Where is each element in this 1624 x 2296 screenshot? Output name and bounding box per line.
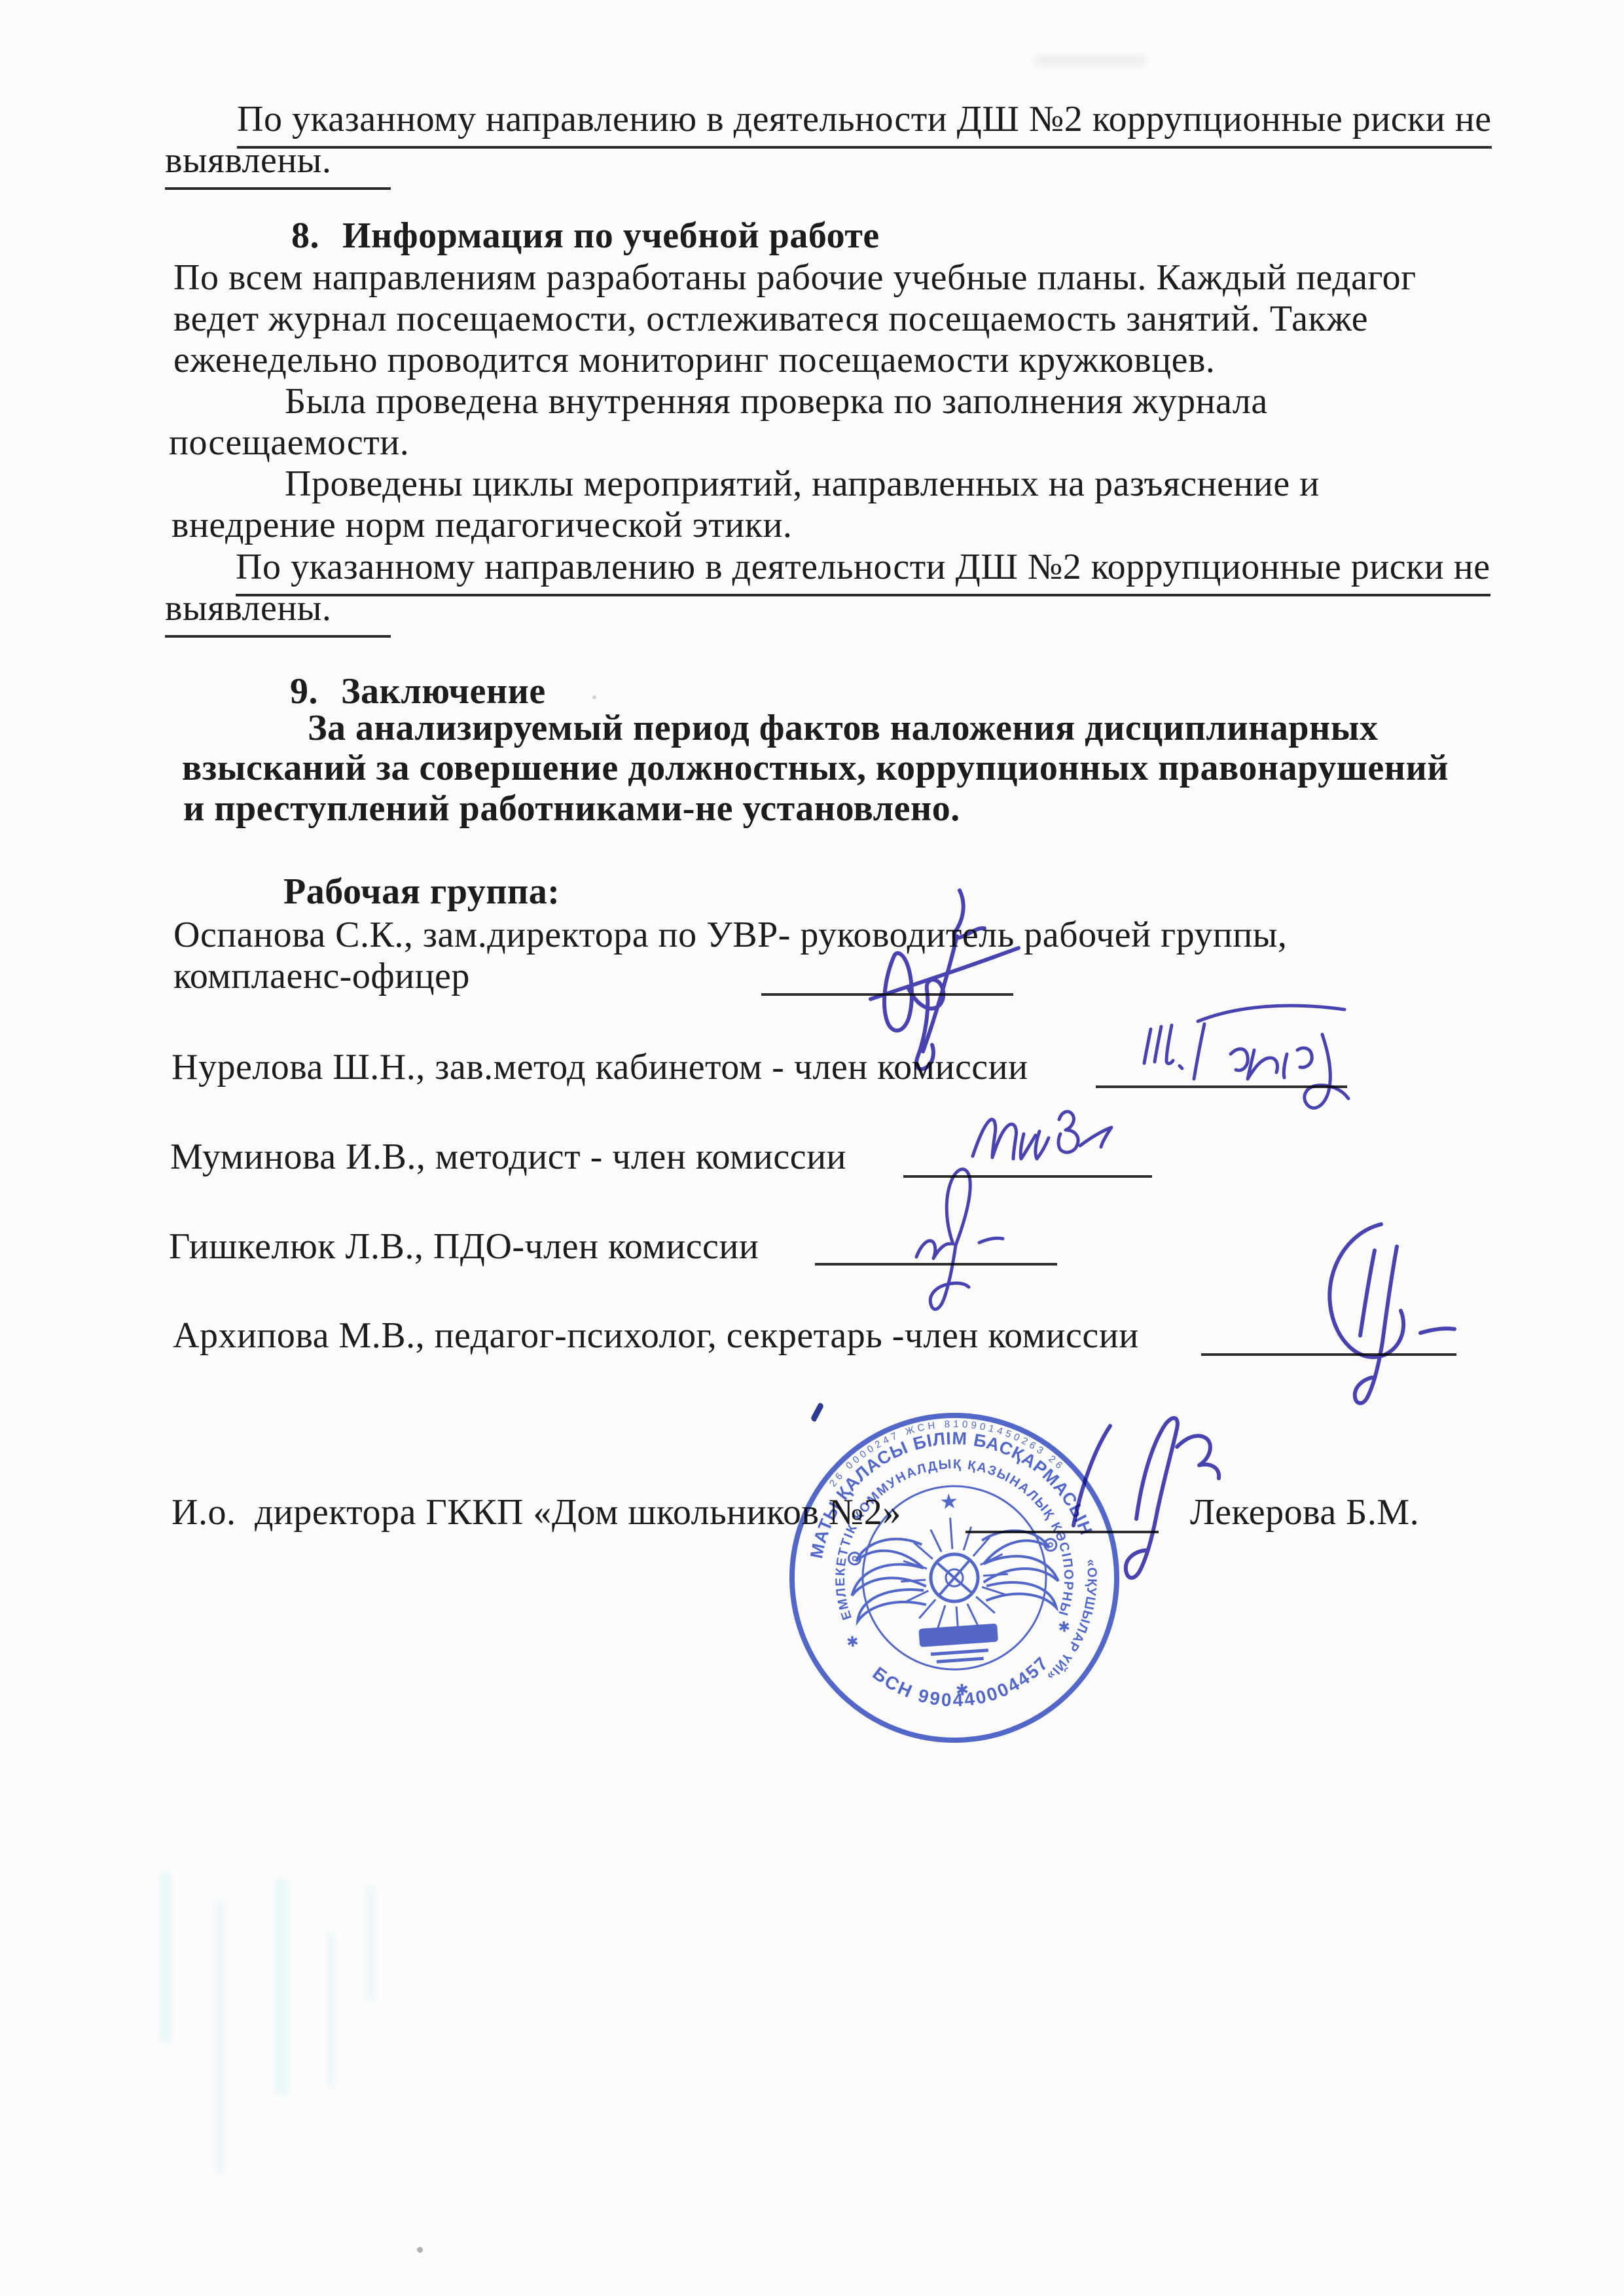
stamp-star: ✱ [1058,1618,1071,1635]
section-8-number: 8. [291,216,342,257]
scan-streak [160,1872,171,2043]
stamp-star: ✱ [846,1633,859,1650]
member-line: Гишкелюк Л.В., ПДО-член комиссии [169,1227,759,1267]
paragraph-line: Была проведена внутренняя проверка по за… [285,382,1268,422]
statement-line: По указанному направлению в деятельности… [237,100,1492,149]
signature-lekerova [1008,1408,1270,1617]
statement-line: выявлены. [165,141,391,190]
section-9-heading: 9.Заключение [290,672,546,712]
scan-streak [367,1886,376,2003]
section-8-heading: 8.Информация по учебной работе [291,216,880,257]
paragraph-line: еженедельно проводится мониторинг посеща… [173,340,1215,381]
section-9-title: Заключение [341,671,546,712]
emblem-sun-rays [897,1514,1012,1635]
conclusion-line: За анализируемый период фактов наложения… [308,708,1378,749]
working-group-heading: Рабочая группа: [283,872,560,913]
paragraph-line: внедрение норм педагогической этики. [171,505,792,546]
paragraph-line: По всем направлениям разработаны рабочие… [173,258,1416,299]
paragraph-line: посещаемости. [169,423,409,464]
statement-line: По указанному направлению в деятельности… [236,547,1490,596]
stamp-star: ✱ [955,1681,969,1700]
emblem-base-lines [931,1650,989,1662]
section-9-number: 9. [290,672,341,712]
signature-gishkelyuk [890,1159,1034,1316]
statement-line-underlined: выявлены. [165,589,391,638]
section-8-title: Информация по учебной работе [342,215,880,256]
scan-streak [216,1899,224,2174]
signature-nurelova [1132,995,1368,1126]
scan-dot [592,695,596,699]
paragraph-line: Проведены циклы мероприятий, направленны… [285,464,1320,505]
signature-arkhipova [1276,1205,1492,1414]
member-line: Оспанова С.К., зам.директора по УВР- рук… [173,915,1287,956]
scan-streak [275,1879,288,2095]
conclusion-line: взысканий за совершение должностных, кор… [182,748,1449,789]
statement-line-underlined: выявлены. [165,141,391,190]
scan-streak [327,1931,334,2088]
conclusion-line: и преступлений работниками-не установлен… [183,789,960,829]
member-line: комплаенс-офицер [173,957,470,997]
statement-line: выявлены. [165,589,391,638]
paragraph-line: ведет журнал посещаемости, остлеживатеся… [173,299,1368,340]
member-line: Архипова М.В., педагог-психолог, секрета… [173,1316,1139,1357]
scan-smudge [1034,56,1146,66]
emblem-star-icon: ★ [939,1489,959,1514]
signature-ospanova [831,871,1041,1080]
scan-dot [417,2247,423,2253]
emblem-wing-left [848,1537,928,1622]
member-line: Муминова И.В., методист - член комиссии [170,1137,846,1178]
scanned-document-page: По указанному направлению в деятельности… [0,0,1624,2296]
